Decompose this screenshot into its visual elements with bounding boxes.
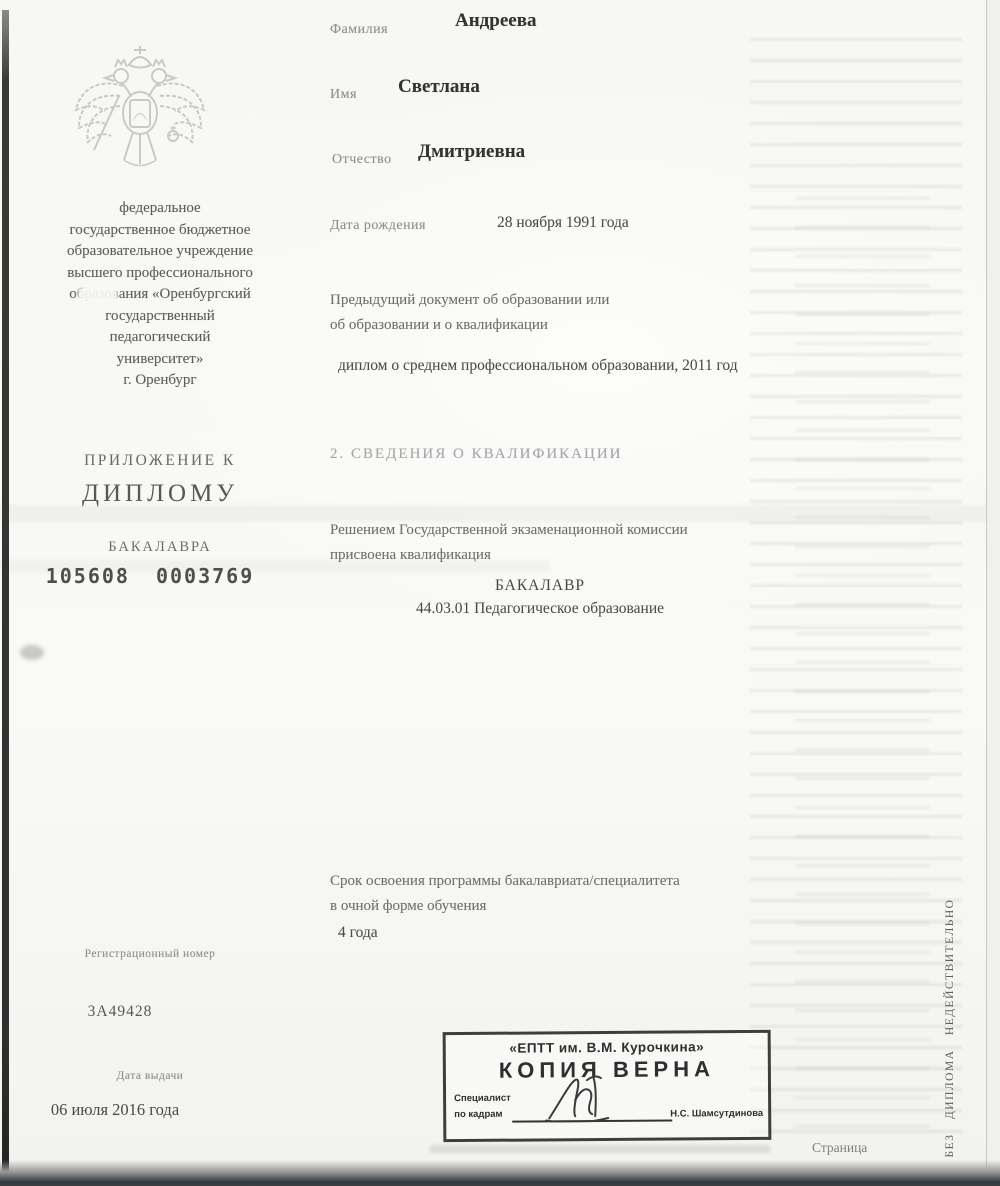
supplement-title-line2: ДИПЛОМУ [10, 480, 310, 508]
page-label: Страница [812, 1140, 867, 1156]
institution-line: федеральное [10, 198, 310, 220]
first-name-value: Светлана [398, 76, 480, 98]
handwritten-signature [541, 1070, 641, 1123]
double-headed-eagle-emblem [60, 38, 220, 198]
scanned-diploma-supplement-page: федеральное государственное бюджетное об… [0, 0, 1000, 1186]
previous-document-value: диплом о среднем профессиональном образо… [338, 357, 738, 375]
registration-number-value: 3А49428 [0, 1003, 260, 1021]
surname-value: Андреева [455, 10, 536, 32]
scan-smudge [78, 286, 118, 304]
stamp-role-line1: Специалист [454, 1093, 511, 1104]
degree-value: БАКАЛАВР [330, 577, 750, 595]
institution-name-block: федеральное государственное бюджетное об… [10, 198, 310, 392]
program-duration-label: Срок освоения программы бакалавриата/спе… [330, 869, 680, 919]
institution-line: университет» [10, 349, 310, 371]
duration-label-line1: Срок освоения программы бакалавриата/спе… [330, 869, 680, 894]
bleed-through-lines [795, 180, 930, 1130]
serial-number: 0003769 [156, 564, 254, 588]
section-2-heading: 2. СВЕДЕНИЯ О КВАЛИФИКАЦИИ [330, 446, 623, 463]
without-diploma-invalid-note: БЕЗ ДИПЛОМА НЕДЕЙСТВИТЕЛЬНО [944, 883, 956, 1173]
institution-line: педагогический [10, 327, 310, 349]
institution-line: государственный [10, 306, 310, 328]
previous-document-label-line1: Предыдущий документ об образовании или [330, 288, 609, 313]
first-name-label: Имя [330, 87, 357, 103]
registration-number-label: Регистрационный номер [10, 946, 290, 963]
supplement-title-line3: БАКАЛАВРА [10, 539, 310, 556]
issue-date-label: Дата выдачи [10, 1070, 290, 1082]
program-code-and-name: 44.03.01 Педагогическое образование [330, 600, 750, 618]
stamp-role-line2: по кадрам [454, 1109, 502, 1120]
scan-edge-right-line [986, 0, 987, 1186]
copy-certification-stamp: «ЕПТТ им. В.М. Курочкина» КОПИЯ ВЕРНА Сп… [443, 1030, 772, 1142]
form-serial-number: 105608 0003769 [0, 564, 300, 588]
institution-line: г. Оренбург [10, 370, 310, 392]
scan-streak [430, 1145, 770, 1153]
previous-document-label-line2: об образовании и о квалификации [330, 313, 609, 338]
scan-edge-right [987, 0, 1000, 1186]
duration-label-line2: в очной форме обучения [330, 894, 680, 919]
surname-label: Фамилия [330, 22, 388, 38]
stamp-signer-name: Н.С. Шамсутдинова [670, 1108, 763, 1120]
supplement-title-line1: ПРИЛОЖЕНИЕ К [10, 452, 310, 470]
patronymic-label: Отчество [332, 152, 392, 168]
scan-edge-left [2, 10, 9, 1186]
scan-edge-bottom [0, 1160, 1000, 1186]
patronymic-value: Дмитриевна [418, 141, 525, 163]
institution-line: высшего профессионального [10, 263, 310, 285]
birth-date-label: Дата рождения [330, 218, 426, 234]
scan-smudge [20, 645, 44, 660]
decision-line1: Решением Государственной экзаменационной… [330, 518, 688, 543]
stamp-organization: «ЕПТТ им. В.М. Курочкина» [446, 1039, 768, 1056]
previous-document-label: Предыдущий документ об образовании или о… [330, 288, 609, 338]
institution-line: образования «Оренбургский [10, 284, 310, 306]
institution-line: образовательное учреждение [10, 241, 310, 263]
birth-date-value: 28 ноября 1991 года [497, 214, 629, 232]
qualification-decision-text: Решением Государственной экзаменационной… [330, 518, 688, 568]
institution-line: государственное бюджетное [10, 220, 310, 242]
issue-date-value: 06 июля 2016 года [0, 1100, 255, 1120]
program-duration-value: 4 года [338, 924, 378, 942]
serial-series: 105608 [46, 564, 130, 588]
decision-line2: присвоена квалификация [330, 543, 688, 568]
